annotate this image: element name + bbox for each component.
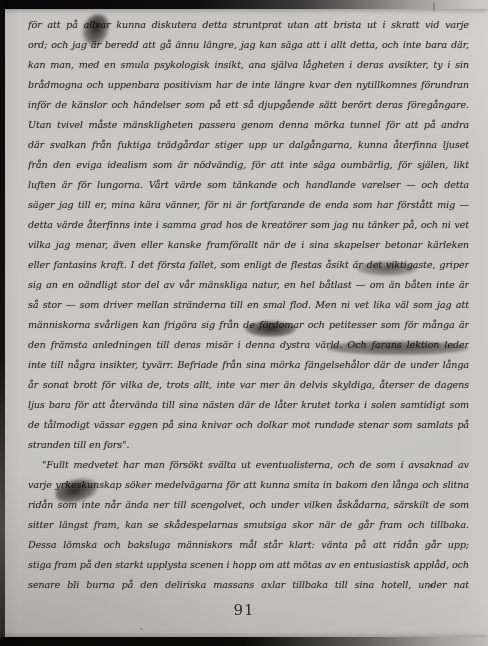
scan-edge-bottom bbox=[0, 637, 488, 646]
text-line: inte till några insikter, tyvärr. Befria… bbox=[28, 356, 469, 376]
dust-speck bbox=[430, 584, 433, 587]
text-line: vilka jag menar, även eller kanske framf… bbox=[28, 236, 469, 256]
text-line: den främsta anledningen till deras misär… bbox=[28, 336, 469, 356]
text-line: luften är för lungorna. Vårt värde som t… bbox=[28, 176, 469, 196]
text-line: Dessa lömska och baksluga människors mål… bbox=[28, 536, 469, 556]
scan-edge-top bbox=[0, 0, 488, 9]
text-line: för att på allvar kunna diskutera detta … bbox=[28, 16, 469, 36]
scanned-book-page: för att på allvar kunna diskutera detta … bbox=[0, 0, 488, 646]
text-line: detta värde återfinns inte i samma grad … bbox=[28, 216, 469, 236]
text-line: där svalkan från fuktiga trädgårdar stig… bbox=[28, 136, 469, 156]
text-line: från den eviga idealism som är nödvändig… bbox=[28, 156, 469, 176]
text-line: stranden till en fors". bbox=[28, 436, 469, 456]
scan-edge-left bbox=[0, 0, 5, 646]
text-line: ridån som inte når ända ner till scengol… bbox=[28, 496, 469, 516]
text-line: de tålmodigt vässar eggen på sina knivar… bbox=[28, 416, 469, 436]
text-line: sig an en oändligt stor del av vår mänsk… bbox=[28, 276, 469, 296]
text-line: sitter längst fram, kan se skådespelarna… bbox=[28, 516, 469, 536]
text-line: ord; och jag är beredd att gå ännu längr… bbox=[28, 36, 469, 56]
dust-speck bbox=[140, 628, 143, 630]
text-line: så stor — som driver mellan stränderna t… bbox=[28, 296, 469, 316]
text-line: varje yrkeskunskap söker medelvägarna fö… bbox=[28, 476, 469, 496]
text-line: kan man, med en smula psykologisk insikt… bbox=[28, 56, 469, 76]
text-line: eller fantasins kraft. I det första fall… bbox=[28, 256, 469, 276]
text-line: människorna svårligen kan frigöra sig fr… bbox=[28, 316, 469, 336]
dust-speck bbox=[433, 2, 435, 12]
text-line: brådmogna och uppenbara positivism har d… bbox=[28, 76, 469, 96]
text-line: ljus bara för att återvända till sina nä… bbox=[28, 396, 469, 416]
text-line: Utan tvivel måste mänskligheten passera … bbox=[28, 116, 469, 136]
text-line: säger jag till er, mina kära vänner, för… bbox=[28, 196, 469, 216]
text-line: inför de känslor och händelser som på et… bbox=[28, 96, 469, 116]
text-line: senare bli burna på den deliriska massan… bbox=[28, 576, 469, 596]
page-text: för att på allvar kunna diskutera detta … bbox=[28, 16, 469, 596]
text-line: stiga fram på den starkt upplysta scenen… bbox=[28, 556, 469, 576]
page-number: 91 bbox=[0, 601, 488, 619]
text-line: "Fullt medvetet har man försökt svälta u… bbox=[28, 456, 469, 476]
text-line: år sonat brott för vilka de, trots allt,… bbox=[28, 376, 469, 396]
